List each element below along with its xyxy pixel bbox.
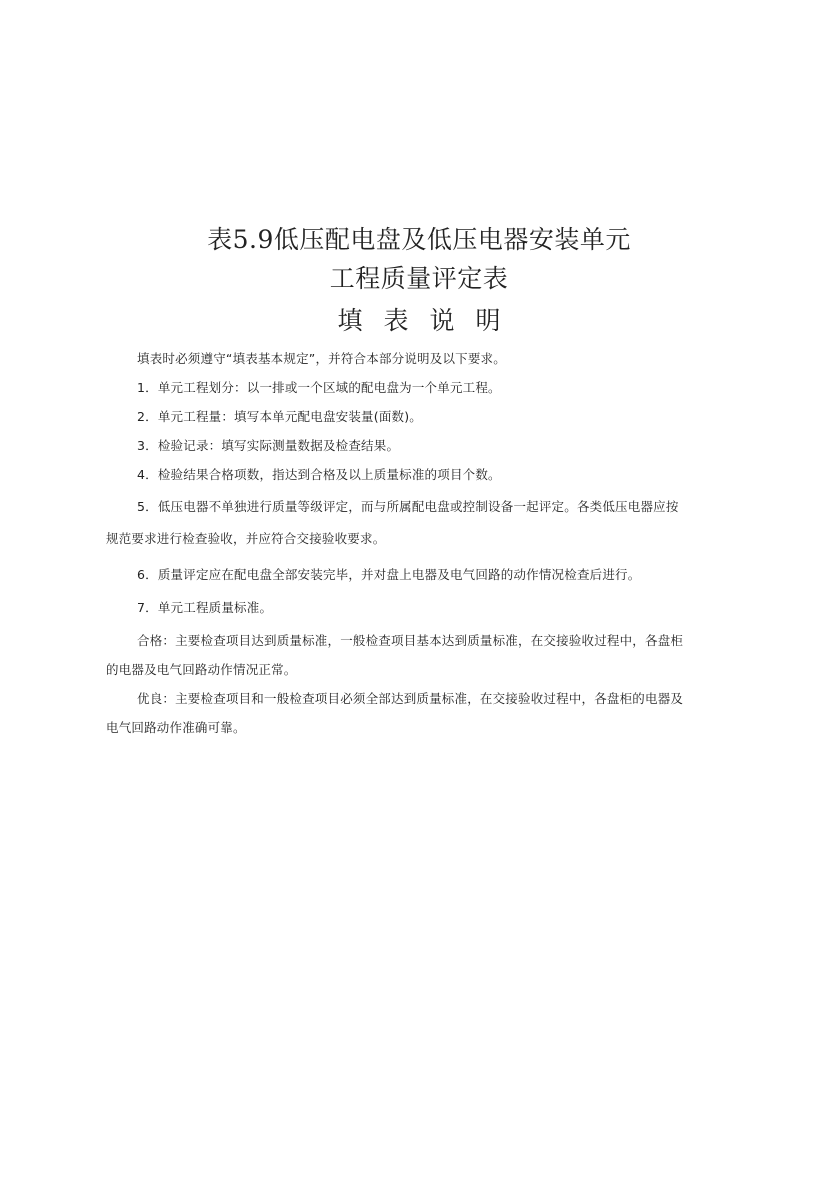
document-title-line-1: 表5.9低压配电盘及低压电器安装单元 [0,220,838,256]
item-3: 3．检验记录：填写实际测量数据及检查结果。 [137,436,399,454]
qualified-standard-line-2: 的电器及电气回路动作情况正常。 [106,660,297,678]
qualified-standard-line-1: 合格：主要检查项目达到质量标准，一般检查项目基本达到质量标准，在交接验收过程中，… [137,631,683,649]
document-title-line-2: 工程质量评定表 [0,259,838,295]
excellent-standard-line-2: 电气回路动作准确可靠。 [106,718,246,736]
item-6: 6．质量评定应在配电盘全部安装完毕，并对盘上电器及电气回路的动作情况检查后进行。 [137,565,640,583]
item-4: 4．检验结果合格项数，指达到合格及以上质量标准的项目个数。 [137,465,501,483]
item-1: 1．单元工程划分：以一排或一个区域的配电盘为一个单元工程。 [137,378,501,396]
item-5-line-1: 5．低压电器不单独进行质量等级评定，而与所属配电盘或控制设备一起评定。各类低压电… [137,497,679,515]
item-2: 2．单元工程量：填写本单元配电盘安装量(面数)。 [137,407,422,425]
item-7: 7．单元工程质量标准。 [137,598,272,616]
item-5-line-2: 规范要求进行检查验收，并应符合交接验收要求。 [106,529,385,547]
intro-paragraph: 填表时必须遵守“填表基本规定”，并符合本部分说明及以下要求。 [137,349,506,367]
document-page: 表5.9低压配电盘及低压电器安装单元 工程质量评定表 填表说明 填表时必须遵守“… [0,0,838,1186]
excellent-standard-line-1: 优良：主要检查项目和一般检查项目必须全部达到质量标准，在交接验收过程中，各盘柜的… [137,689,683,707]
document-subtitle: 填表说明 [0,301,838,337]
